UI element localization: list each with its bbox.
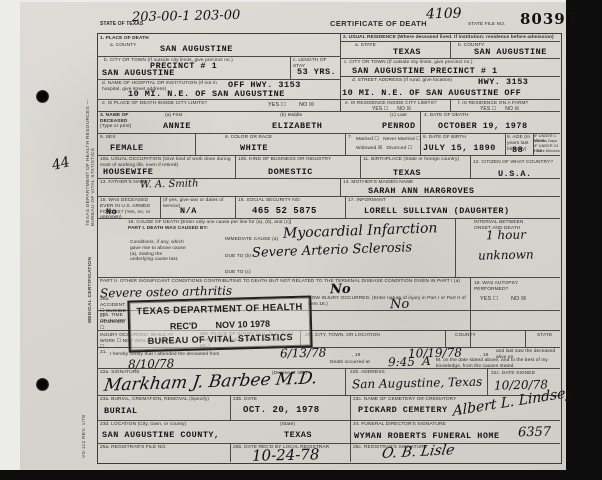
burial-date-value: OCT. 20, 1978 — [243, 405, 320, 415]
grid-line — [97, 56, 340, 57]
stamp-line1: TEXAS DEPARTMENT OF HEALTH — [136, 302, 303, 318]
first-name-label: (a) First — [165, 113, 182, 119]
death-occurred-label: Death occurred at — [330, 360, 370, 366]
mother-name-label: 14. MOTHER'S MAIDEN NAME — [343, 180, 413, 186]
citizen-label: 12. CITIZEN OF WHAT COUNTRY? — [473, 160, 557, 166]
grid-line — [97, 443, 560, 444]
address-label: 22b. ADDRESS — [350, 370, 385, 376]
residence-state-label: a. STATE — [355, 43, 376, 49]
physician-address: San Augustine, Texas — [352, 375, 483, 392]
interval-value-b: unknown — [478, 247, 534, 262]
death-time-value: 9:45 — [388, 355, 415, 370]
grid-line — [340, 33, 341, 111]
last-name-label: (c) Last — [390, 113, 407, 119]
grid-line — [195, 133, 196, 155]
grid-line — [97, 155, 560, 156]
grid-line — [350, 420, 351, 443]
scan-edge-bottom — [0, 470, 602, 480]
date-of-birth-label: 8. DATE OF BIRTH — [423, 135, 466, 141]
under-1-year-columns: Months Days — [534, 139, 560, 144]
war-dates-label: (If yes, give war or dates of service) — [163, 198, 231, 210]
grid-line — [350, 443, 351, 462]
grid-line — [160, 196, 161, 218]
grid-line — [97, 196, 560, 197]
citizen-value: U.S.A. — [498, 169, 532, 179]
residence-city-value: SAN AUGUSTINE PRECINCT # 1 — [352, 66, 498, 76]
how-injury-occurred-label: HOW INJURY OCCURRED. (Enter nature of in… — [308, 296, 468, 308]
stamp-date: NOV 10 1978 — [215, 318, 270, 330]
place-of-death-title: 1. PLACE OF DEATH — [100, 36, 149, 42]
grid-line — [360, 155, 361, 178]
registrar-file-no-label: 25a. REGISTRAR'S FILE NO. — [100, 445, 167, 451]
certify-tail-text: M. on the date stated above, and to the … — [436, 358, 558, 370]
grid-line — [487, 368, 488, 395]
grid-line — [340, 178, 341, 196]
grid-line — [97, 420, 560, 421]
first-name-value: ANNIE — [163, 121, 191, 131]
armed-forces-value: No — [106, 207, 117, 217]
punch-hole-top — [36, 90, 49, 103]
birthplace-label: 11. BIRTHPLACE (State or foreign country… — [363, 157, 468, 163]
grid-line — [450, 99, 451, 111]
grid-line — [345, 196, 346, 218]
grid-line — [455, 218, 456, 277]
street-address-label: d. STREET ADDRESS (If rural, give locati… — [352, 78, 452, 84]
residence-farm-checkboxes: YES ☐ NO ☒ — [480, 106, 519, 112]
burial-location-label: 23d. LOCATION (City, town, or county) — [100, 422, 186, 428]
length-of-stay-value: 53 YRS. — [297, 67, 336, 77]
part1-label: PART I. DEATH WAS CAUSED BY: — [128, 226, 208, 232]
item-21-number: 21. — [100, 350, 107, 356]
grid-line — [290, 56, 291, 79]
ssn-label: 16. SOCIAL SECURITY NO. — [238, 198, 301, 204]
mother-name-value: SARAH ANN HARGROVES — [368, 186, 474, 196]
hospital-value-line2: 10 MI. N.E. OF SAN AUGUSTINE — [128, 89, 285, 99]
place-city-limits-checkboxes: YES ☐ NO ☒ — [268, 102, 314, 109]
burial-location-state-label: (State) — [280, 422, 295, 428]
father-name-value: W. A. Smith — [140, 178, 199, 190]
place-city-value: SAN AUGUSTINE — [102, 68, 175, 78]
middle-name-value: ELIZABETH — [272, 121, 322, 131]
grid-line — [97, 133, 560, 134]
place-county-value: SAN AUGUSTINE — [160, 44, 233, 54]
interval-value-a: 1 hour — [486, 228, 526, 243]
industry-value: DOMESTIC — [268, 167, 313, 177]
grid-line — [350, 395, 351, 420]
autopsy-checkboxes: YES ☐ NO ☒ — [480, 296, 526, 303]
health-department-stamp: TEXAS DEPARTMENT OF HEALTH REC'D NOV 10 … — [127, 295, 312, 352]
attended-from-date: 6/13/78 — [280, 346, 327, 361]
county-label: a. COUNTY — [110, 43, 137, 49]
grid-line — [97, 395, 560, 396]
ssn-value: 465 52 5875 — [252, 206, 317, 216]
sex-value: FEMALE — [110, 143, 144, 153]
state-file-no-label: STATE FILE NO. — [468, 22, 505, 28]
scanned-death-certificate: TEXAS DEPARTMENT OF HEALTH RESOURCES — B… — [0, 0, 602, 480]
name-sub-label: (Type or print) — [100, 124, 131, 130]
handwritten-6357: 6357 — [518, 425, 551, 441]
funeral-home-value: WYMAN ROBERTS FUNERAL HOME — [354, 431, 500, 441]
stamp-line3: BUREAU OF VITAL STATISTICS — [148, 332, 293, 346]
margin-form-number: VS-112 REV. 1/78 — [82, 398, 87, 458]
injury-county-label: COUNTY — [455, 333, 476, 339]
due-to-c-label: DUE TO (c) — [225, 270, 251, 276]
industry-label: 10b. KIND OF BUSINESS OR INDUSTRY — [238, 157, 358, 163]
date-signed-label: 22c. DATE SIGNED — [491, 371, 535, 377]
handwritten-district-numbers: 203-00-1 203-00 — [132, 8, 241, 25]
grid-line — [505, 133, 506, 155]
middle-name-label: (b) Middle — [280, 113, 302, 119]
due-to-b-label: DUE TO (b) — [225, 254, 251, 260]
burial-location-state-value: TEXAS — [284, 430, 312, 440]
grid-line — [450, 41, 451, 58]
race-value: WHITE — [240, 143, 268, 153]
street-address-line1: HWY. 3153 — [478, 77, 528, 87]
autopsy-label: 19. WAS AUTOPSY PERFORMED? — [474, 281, 544, 293]
grid-line — [235, 155, 236, 178]
grid-line — [235, 196, 236, 218]
grid-line — [230, 395, 231, 420]
immediate-cause-label: IMMEDIATE CAUSE (a) — [225, 237, 278, 243]
date-of-death-value: OCTOBER 19, 1978 — [438, 121, 528, 131]
residence-city-label: c. CITY OR TOWN (If outside city limits,… — [344, 60, 544, 66]
margin-agency-text: TEXAS DEPARTMENT OF HEALTH RESOURCES — B… — [86, 96, 96, 226]
injury-city-label: 20f. CITY, TOWN, OR LOCATION — [305, 333, 380, 339]
grid-line — [420, 111, 421, 133]
informant-label: 17. INFORMANT — [348, 198, 386, 204]
handwritten-certificate-number: 4109 — [426, 6, 462, 23]
grid-line — [445, 330, 446, 347]
funeral-director-label: 24. FUNERAL DIRECTOR'S SIGNATURE — [353, 422, 446, 428]
war-dates-value: N/A — [180, 206, 197, 216]
stamp-recd: REC'D — [170, 320, 198, 331]
street-address-line2: 10 MI. N.E. OF SAN AUGUSTINE OFF — [342, 88, 521, 98]
date-of-death-label: 4. DATE OF DEATH — [424, 113, 469, 119]
residence-city-limits-checkboxes: YES ☐ NO ☒ — [372, 106, 411, 112]
marital-options-row2: Widowed ☒ Divorced ☐ — [356, 146, 412, 152]
sex-label: 5. SEX — [100, 135, 116, 141]
grid-line — [97, 79, 340, 80]
grid-line — [340, 58, 560, 59]
burial-location-value: SAN AUGUSTINE COUNTY, — [102, 430, 220, 440]
grid-line — [97, 99, 340, 100]
death-ampm-value: A — [422, 354, 431, 368]
burial-date-label: 23b. DATE — [233, 397, 257, 403]
informant-value: LORELL SULLIVAN (DAUGHTER) — [364, 206, 510, 216]
date-of-birth-value: JULY 15, 1890 — [423, 143, 496, 153]
injury-state-label: STATE — [537, 333, 552, 339]
grid-line — [470, 155, 471, 178]
race-label: 6. COLOR OR RACE — [225, 135, 272, 141]
year-blank-1: , 19 — [352, 353, 360, 359]
conditions-note: Conditions, if any, which gave rise to a… — [130, 240, 186, 263]
punch-hole-bottom — [36, 378, 49, 391]
grid-line — [345, 368, 346, 395]
age-value: 88 — [512, 145, 523, 155]
cemetery-value: PICKARD CEMETERY — [358, 405, 448, 415]
certificate-title: CERTIFICATE OF DEATH — [330, 19, 427, 28]
marital-label: 7. — [348, 135, 352, 141]
grid-line — [97, 218, 560, 219]
residence-county-value: SAN AUGUSTINE — [474, 47, 547, 57]
residence-state-value: TEXAS — [393, 47, 421, 57]
grid-line — [345, 133, 346, 155]
cause-of-death-title: 18. CAUSE OF DEATH [Enter only one cause… — [128, 220, 291, 226]
injury-handwritten-no: No — [390, 297, 410, 312]
under-24-hrs-columns: Hours Minutes — [534, 149, 560, 154]
state-file-number: 80395 — [520, 10, 577, 28]
grid-line — [97, 277, 560, 278]
place-city-limits-label: e. IS PLACE OF DEATH INSIDE CITY LIMITS? — [102, 101, 207, 107]
part2-label: PART II. OTHER SIGNIFICANT CONDITIONS CO… — [100, 279, 465, 285]
registrar-date-recd-value: 10-24-78 — [252, 445, 320, 464]
time-of-injury-label: 20b. TIME OF INJURY — [100, 313, 128, 325]
grid-line — [230, 443, 231, 462]
grid-line — [525, 330, 526, 347]
burial-type-value: BURIAL — [104, 406, 138, 416]
marital-options-row1: Married ☐ Never Married ☐ — [356, 137, 421, 143]
scan-edge-right — [566, 0, 602, 480]
last-name-value: PENROD — [382, 121, 416, 131]
usual-residence-title: 2. USUAL RESIDENCE (Where deceased lived… — [343, 35, 558, 41]
margin-medical-certification: MEDICAL CERTIFICATION — [88, 228, 93, 323]
birthplace-value: TEXAS — [393, 168, 421, 178]
occupation-value: HOUSEWIFE — [103, 167, 153, 177]
part2-handwritten-no: No — [330, 282, 351, 297]
name-of-deceased-label: 3. NAME OF DECEASED — [100, 113, 145, 125]
burial-type-label: 23a. BURIAL, CREMATION, REMOVAL (Specify… — [100, 397, 225, 403]
